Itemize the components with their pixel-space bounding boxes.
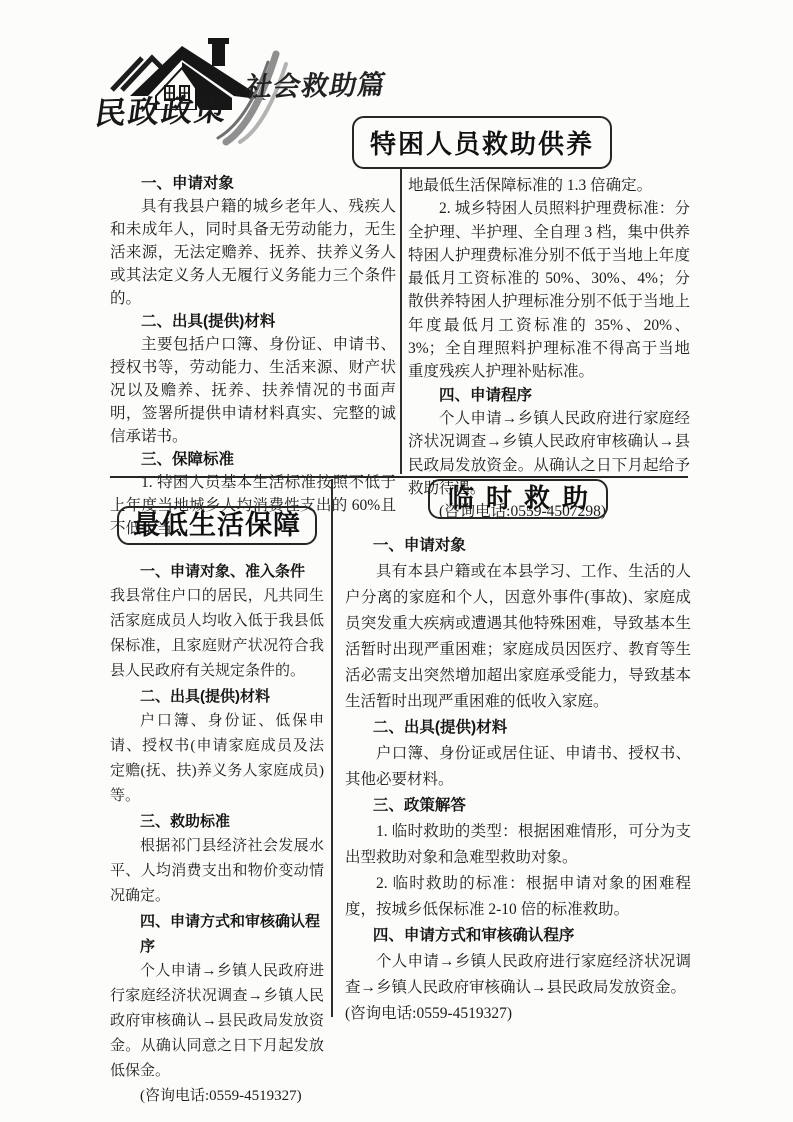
tekun-heading-3: 三、保障标准: [110, 448, 396, 471]
section-title-linshi: 临时救助: [428, 479, 608, 519]
section-separator: [110, 476, 688, 478]
bottom-column-divider: [331, 479, 333, 1017]
linshi-column: 临时救助 一、申请对象 具有本县户籍或在本县学习、工作、生活的人户分离的家庭和个…: [345, 479, 691, 1027]
linshi-paragraph-1: 具有本县户籍或在本县学习、工作、生活的人户分离的家庭和个人，因意外事件(事故)、…: [345, 559, 691, 715]
linshi-phone-note: (咨询电话:0559-4519327): [345, 1001, 691, 1027]
tekun-paragraph-3-cont: 地最低生活保障标准的 1.3 倍确定。: [408, 174, 690, 197]
tekun-paragraph-2: 主要包括户口簿、身份证、申请书、授权书等，劳动能力、生活来源、财产状况以及赡养、…: [110, 333, 396, 448]
linshi-heading-4: 四、申请方式和审核确认程序: [345, 923, 691, 949]
top-column-divider: [400, 168, 402, 474]
tekun-right-column: 地最低生活保障标准的 1.3 倍确定。 2. 城乡特困人员照料护理费标准：分全护…: [408, 174, 690, 523]
section-title-dibao: 最低生活保障: [117, 506, 317, 545]
linshi-paragraph-2: 户口簿、身份证或居住证、申请书、授权书、其他必要材料。: [345, 741, 691, 793]
linshi-heading-1: 一、申请对象: [345, 533, 691, 559]
dibao-heading-1: 一、申请对象、准入条件: [110, 559, 324, 584]
document-page: 民政政策 社会救助篇 特困人员救助供养 一、申请对象 具有我县户籍的城乡老年人、…: [0, 0, 793, 1122]
tekun-heading-4: 四、申请程序: [408, 384, 690, 407]
dibao-phone-note: (咨询电话:0559-4519327): [110, 1084, 324, 1109]
tekun-paragraph-4: 2. 城乡特困人员照料护理费标准：分全护理、半护理、全自理 3 档，集中供养特困…: [408, 197, 690, 383]
series-text: 社会救助篇: [243, 63, 390, 104]
dibao-heading-4: 四、申请方式和审核确认程序: [110, 909, 324, 959]
section-title-tekun: 特困人员救助供养: [352, 116, 612, 169]
dibao-paragraph-1: 我县常住户口的居民，凡共同生活家庭成员人均收入低于我县低保标准，且家庭财产状况符…: [110, 584, 324, 684]
dibao-paragraph-3: 根据祁门县经济社会发展水平、人均消费支出和物价变动情况确定。: [110, 834, 324, 909]
dibao-title-row: 最低生活保障: [110, 506, 324, 545]
dibao-paragraph-2: 户口簿、身份证、低保申请、授权书(申请家庭成员及法定赡(抚、扶)养义务人家庭成员…: [110, 709, 324, 809]
linshi-heading-3: 三、政策解答: [345, 793, 691, 819]
dibao-column: 最低生活保障 一、申请对象、准入条件 我县常住户口的居民，凡共同生活家庭成员人均…: [110, 500, 324, 1109]
brand-text: 民政政策: [92, 84, 231, 134]
dibao-heading-2: 二、出具(提供)材料: [110, 684, 324, 709]
linshi-title-row: 临时救助: [345, 479, 691, 519]
linshi-paragraph-3b: 2. 临时救助的标准：根据申请对象的困难程度，按城乡低保标准 2-10 倍的标准…: [345, 871, 691, 923]
dibao-heading-3: 三、救助标准: [110, 809, 324, 834]
tekun-heading-2: 二、出具(提供)材料: [110, 310, 396, 333]
dibao-paragraph-4: 个人申请→乡镇人民政府进行家庭经济状况调查→乡镇人民政府审核确认→县民政局发放资…: [110, 959, 324, 1084]
linshi-heading-2: 二、出具(提供)材料: [345, 715, 691, 741]
tekun-paragraph-1: 具有我县户籍的城乡老年人、残疾人和未成年人，同时具备无劳动能力，无生活来源，无法…: [110, 195, 396, 310]
tekun-heading-1: 一、申请对象: [110, 172, 396, 195]
linshi-paragraph-4: 个人申请→乡镇人民政府进行家庭经济状况调查→乡镇人民政府审核确认→县民政局发放资…: [345, 949, 691, 1001]
linshi-paragraph-3a: 1. 临时救助的类型：根据困难情形，可分为支出型救助对象和急难型救助对象。: [345, 819, 691, 871]
